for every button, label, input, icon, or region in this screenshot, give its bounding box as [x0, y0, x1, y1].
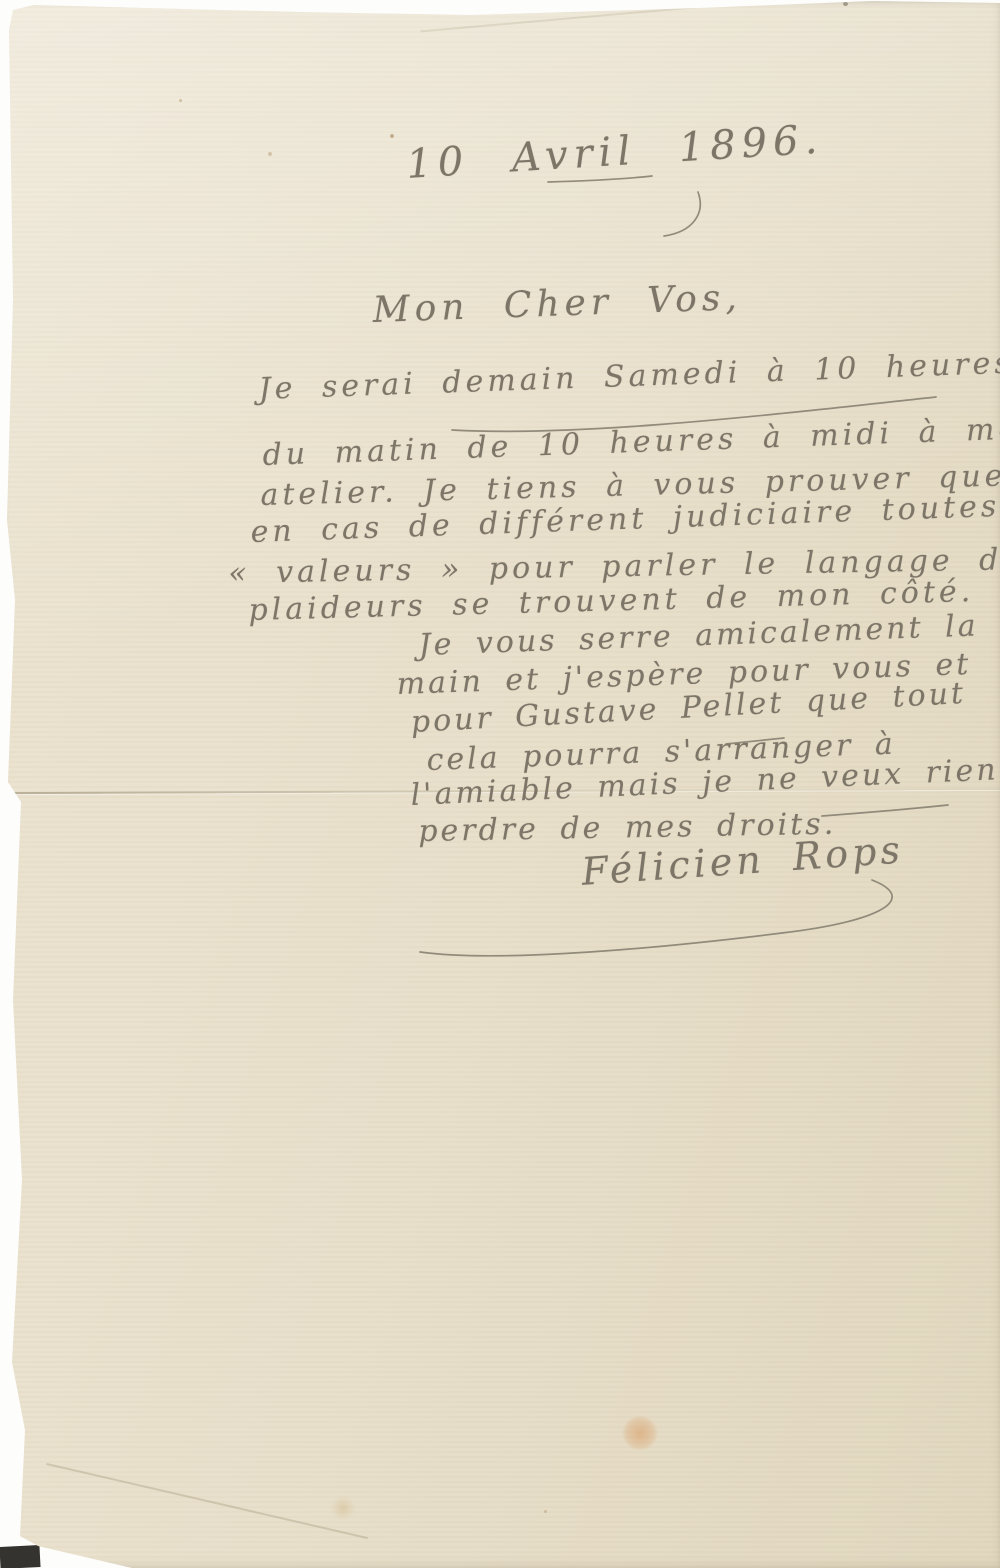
paper-speck: [179, 99, 182, 102]
date-tail-flourish: [664, 192, 700, 236]
letter-paper: 10 Avril 1896. Mon Cher Vos, Je serai de…: [0, 0, 1000, 1568]
stain: [622, 1416, 658, 1450]
scanner-edge-shadow: [0, 1545, 41, 1568]
paper-speck: [843, 2, 848, 6]
rien-underline: [822, 805, 948, 816]
signature-flourish: [420, 880, 892, 956]
letter-date: 10 Avril 1896.: [405, 117, 824, 188]
paper-speck: [390, 134, 394, 138]
bottom-corner-crease: [46, 1463, 368, 1539]
paper-speck: [544, 1510, 547, 1513]
stain: [330, 1496, 356, 1520]
top-corner-crease: [421, 2, 750, 33]
letter-salutation: Mon Cher Vos,: [372, 277, 742, 331]
letter-body-line: Je serai demain Samedi à 10 heures: [258, 346, 1000, 407]
paper-speck: [268, 152, 272, 156]
scanned-letter: 10 Avril 1896. Mon Cher Vos, Je serai de…: [0, 0, 1000, 1568]
